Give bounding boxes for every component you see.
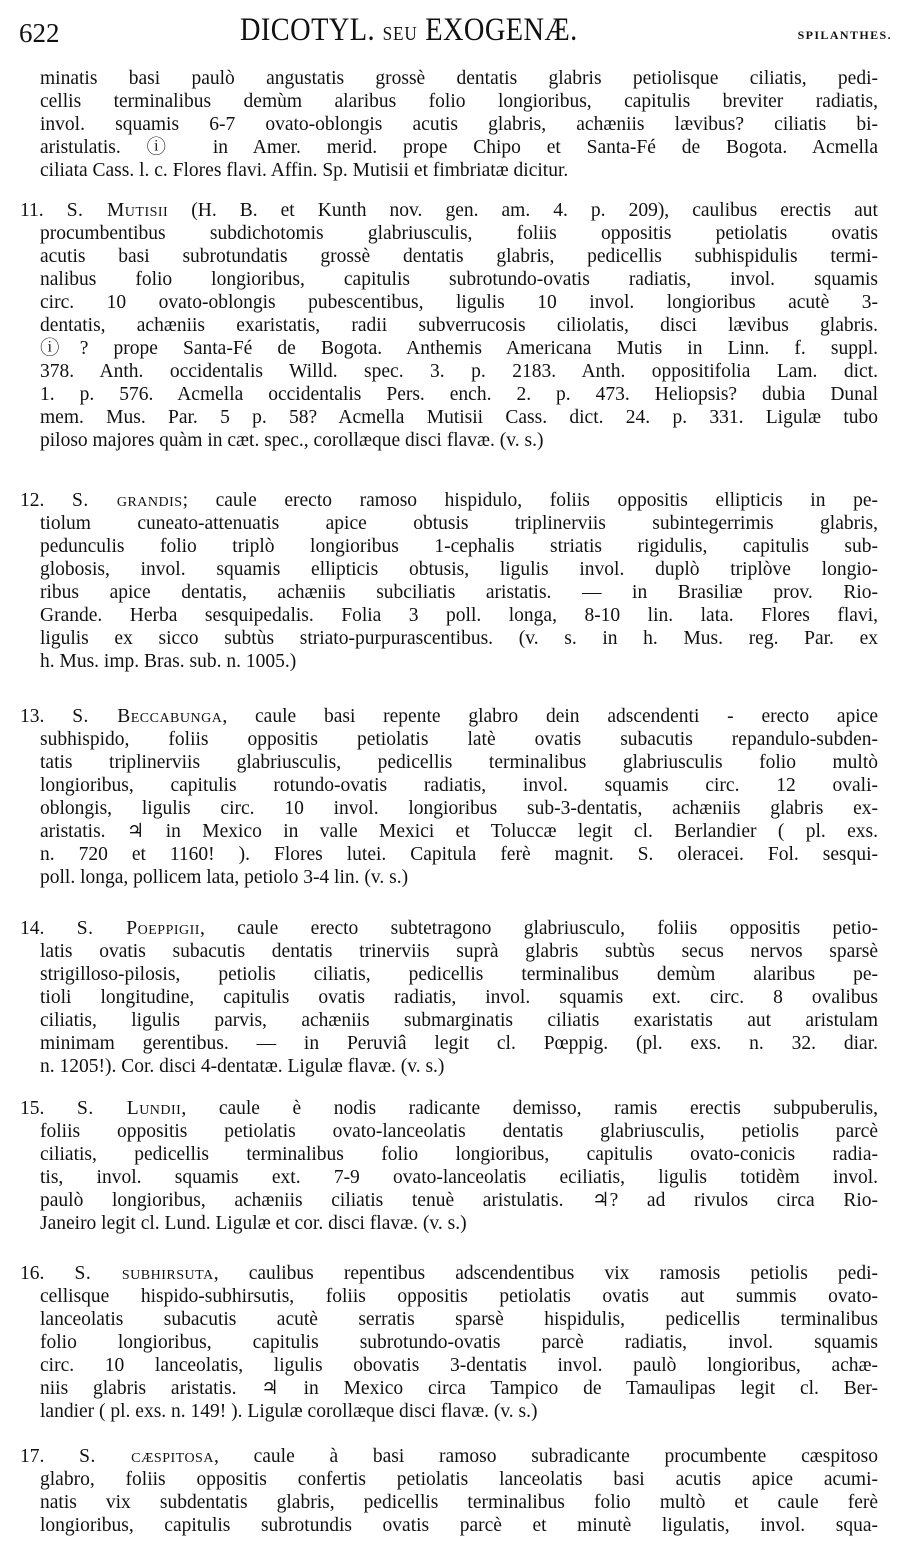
text-line: ciliata Cass. l. c. Flores flavi. Affin.… (40, 159, 878, 182)
species-name: S. cæspitosa (79, 1446, 214, 1467)
entry-text: (H. B. et Kunth nov. gen. am. 4. p. 209)… (168, 200, 878, 221)
text-line: longioribus, capitulis subrotundis ovati… (40, 1514, 878, 1537)
text-line: minatis basi paulò angustatis grossè den… (40, 67, 878, 90)
running-head: 622 DICOTYL. SEU EXOGENÆ. SPILANTHES. (0, 12, 900, 52)
text-line: tis, invol. squamis ext. 7-9 ovato-lance… (40, 1166, 878, 1189)
text-line: piloso majores quàm in cæt. spec., corol… (40, 429, 878, 452)
text-line: longioribus, capitulis rotundo-ovatis ra… (40, 774, 878, 797)
text-line: latis ovatis subacutis dentatis trinervi… (40, 940, 878, 963)
entry-number: 14. (20, 918, 77, 939)
species-entry-first-line: 17. S. cæspitosa, caule à basi ramoso su… (20, 1445, 878, 1468)
text-line: ⓘ? prope Santa-Fé de Bogota. Anthemis Am… (40, 337, 878, 360)
species-entry-first-line: 12. S. grandis; caule erecto ramoso hisp… (20, 489, 878, 512)
text-line: pedunculis folio triplò longioribus 1-ce… (40, 535, 878, 558)
text-line: ribus apice dentatis, achæniis subciliat… (40, 581, 878, 604)
text-line: subhispido, foliis oppositis petiolatis … (40, 728, 878, 751)
species-entry-first-line: 15. S. Lundii, caule è nodis radicante d… (20, 1097, 878, 1120)
text-line: dentatis, achæniis exaristatis, radii su… (40, 314, 878, 337)
species-name: S. Poeppigii (77, 918, 200, 939)
entry-text: , caulibus repentibus adscendentibus vix… (214, 1263, 878, 1284)
text-line: strigilloso-pilosis, petiolis ciliatis, … (40, 963, 878, 986)
text-line: nalibus folio longioribus, capitulis sub… (40, 268, 878, 291)
text-line: aristatis. ♃ in Mexico in valle Mexici e… (40, 820, 878, 843)
text-line: 378. Anth. occidentalis Willd. spec. 3. … (40, 360, 878, 383)
text-line: h. Mus. imp. Bras. sub. n. 1005.) (40, 650, 878, 673)
species-name: S. Mutisii (67, 200, 169, 221)
text-line: mem. Mus. Par. 5 p. 58? Acmella Mutisii … (40, 406, 878, 429)
text-line: Janeiro legit cl. Lund. Ligulæ et cor. d… (40, 1212, 878, 1235)
text-line: oblongis, ligulis circ. 10 invol. longio… (40, 797, 878, 820)
text-line: minimam gerentibus. — in Peruviâ legit c… (40, 1032, 878, 1055)
text-line: folio longioribus, capitulis subrotundo-… (40, 1331, 878, 1354)
species-name: S. grandis (72, 490, 183, 511)
text-line: n. 1205!). Cor. disci 4-dentatæ. Ligulæ … (40, 1055, 878, 1078)
text-line: tatis triplinerviis glabriusculis, pedic… (40, 751, 878, 774)
text-line: circ. 10 lanceolatis, ligulis obovatis 3… (40, 1354, 878, 1377)
species-entry-first-line: 16. S. subhirsuta, caulibus repentibus a… (20, 1262, 878, 1285)
entry-text: , caule basi repente glabro dein adscend… (222, 706, 878, 727)
running-genus: SPILANTHES. (798, 28, 892, 43)
species-name: S. Lundii (77, 1098, 181, 1119)
text-line: cellis terminalibus demùm alaribus folio… (40, 90, 878, 113)
species-entry-first-line: 13. S. Beccabunga, caule basi repente gl… (20, 705, 878, 728)
entry-number: 17. (20, 1446, 79, 1467)
running-title: DICOTYL. SEU EXOGENÆ. (240, 12, 578, 49)
text-line: ligulis ex sicco subtùs striato-purpuras… (40, 627, 878, 650)
text-line: foliis oppositis petiolatis ovato-lanceo… (40, 1120, 878, 1143)
text-line: poll. longa, pollicem lata, petiolo 3-4 … (40, 866, 878, 889)
running-title-main-2: EXOGENÆ. (425, 12, 577, 48)
text-line: procumbentibus subdichotomis glabriuscul… (40, 222, 878, 245)
entry-number: 16. (20, 1263, 75, 1284)
entry-number: 15. (20, 1098, 77, 1119)
text-line: globosis, invol. squamis ellipticis obtu… (40, 558, 878, 581)
text-line: ciliatis, pedicellis terminalibus folio … (40, 1143, 878, 1166)
entry-number: 12. (20, 490, 72, 511)
text-line: n. 720 et 1160! ). Flores lutei. Capitul… (40, 843, 878, 866)
species-name: S. subhirsuta (75, 1263, 214, 1284)
species-entry-first-line: 11. S. Mutisii (H. B. et Kunth nov. gen.… (20, 199, 878, 222)
entry-text: , caule erecto subtetragono glabriusculo… (200, 918, 878, 939)
text-line: natis vix subdentatis glabris, pedicelli… (40, 1491, 878, 1514)
text-line: glabro, foliis oppositis confertis petio… (40, 1468, 878, 1491)
text-line: tiolum cuneato-attenuatis apice obtusis … (40, 512, 878, 535)
entry-text: ; caule erecto ramoso hispidulo, foliis … (183, 490, 878, 511)
book-page: 622 DICOTYL. SEU EXOGENÆ. SPILANTHES. mi… (0, 0, 900, 1563)
text-line: tioli longitudine, capitulis ovatis radi… (40, 986, 878, 1009)
species-name: S. Beccabunga (72, 706, 222, 727)
page-number: 622 (19, 18, 60, 49)
text-line: acutis basi subrotundatis grossè dentati… (40, 245, 878, 268)
running-title-conjunction: SEU (383, 23, 418, 45)
entry-number: 13. (20, 706, 72, 727)
entry-text: , caule à basi ramoso subradicante procu… (214, 1446, 878, 1467)
entry-text: , caule è nodis radicante demisso, ramis… (181, 1098, 878, 1119)
text-line: invol. squamis 6-7 ovato-oblongis acutis… (40, 113, 878, 136)
text-line: aristulatis. ⓘ in Amer. merid. prope Chi… (40, 136, 878, 159)
text-line: niis glabris aristatis. ♃ in Mexico circ… (40, 1377, 878, 1400)
text-line: 1. p. 576. Acmella occidentalis Pers. en… (40, 383, 878, 406)
text-line: circ. 10 ovato-oblongis pubescentibus, l… (40, 291, 878, 314)
species-entry-first-line: 14. S. Poeppigii, caule erecto subtetrag… (20, 917, 878, 940)
running-title-main-1: DICOTYL. (240, 12, 375, 48)
text-line: paulò longioribus, achæniis ciliatis ten… (40, 1189, 878, 1212)
text-line: ciliatis, ligulis parvis, achæniis subma… (40, 1009, 878, 1032)
text-line: cellisque hispido-subhirsutis, foliis op… (40, 1285, 878, 1308)
entry-number: 11. (20, 200, 67, 221)
text-line: landier ( pl. exs. n. 149! ). Ligulæ cor… (40, 1400, 878, 1423)
text-line: Grande. Herba sesquipedalis. Folia 3 pol… (40, 604, 878, 627)
text-line: lanceolatis subacutis acutè serratis spa… (40, 1308, 878, 1331)
